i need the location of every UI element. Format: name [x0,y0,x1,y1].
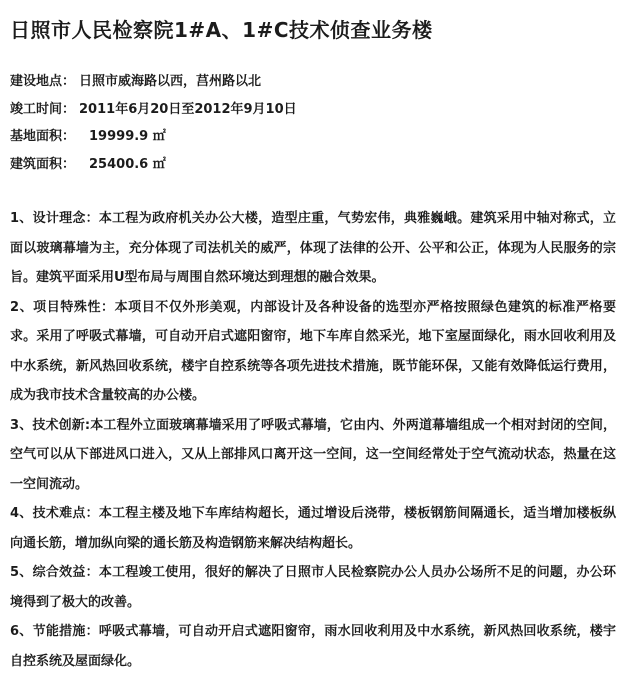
info-row-site-area: 基地面积：19999.9 ㎡ [10,123,616,151]
info-label-location: 建设地点： [10,74,75,89]
info-label-building-area: 建筑面积： [10,157,75,172]
info-value-location: 日照市威海路以西，莒州路以北 [79,74,261,89]
info-value-site-area: 19999.9 ㎡ [89,129,166,144]
info-label-completion-time: 竣工时间： [10,102,75,117]
page-title: 日照市人民检察院1#A、1#C技术侦查业务楼 [10,19,616,42]
paragraph-project-specialty: 2、项目特殊性：本项目不仅外形美观，内部设计及各种设备的选型亦严格按照绿色建筑的… [10,293,616,411]
info-row-location: 建设地点：日照市威海路以西，莒州路以北 [10,68,616,96]
description-section: 1、设计理念：本工程为政府机关办公大楼，造型庄重，气势宏伟，典雅巍峨。建筑采用中… [10,204,616,676]
paragraph-design-concept: 1、设计理念：本工程为政府机关办公大楼，造型庄重，气势宏伟，典雅巍峨。建筑采用中… [10,204,616,293]
info-row-building-area: 建筑面积：25400.6 ㎡ [10,151,616,179]
project-info-block: 建设地点：日照市威海路以西，莒州路以北 竣工时间：2011年6月20日至2012… [10,68,616,178]
document-page: 日照市人民检察院1#A、1#C技术侦查业务楼 建设地点：日照市威海路以西，莒州路… [0,0,626,683]
info-label-site-area: 基地面积： [10,129,75,144]
info-value-completion-time: 2011年6月20日至2012年9月10日 [79,102,297,117]
paragraph-comprehensive-benefit: 5、综合效益：本工程竣工使用，很好的解决了日照市人民检察院办公人员办公场所不足的… [10,558,616,617]
info-value-building-area: 25400.6 ㎡ [89,157,166,172]
info-row-completion-time: 竣工时间：2011年6月20日至2012年9月10日 [10,96,616,124]
paragraph-energy-saving-measures: 6、节能措施：呼吸式幕墙，可自动开启式遮阳窗帘，雨水回收利用及中水系统，新风热回… [10,617,616,676]
paragraph-technical-innovation: 3、技术创新:本工程外立面玻璃幕墙采用了呼吸式幕墙，它由内、外两道幕墙组成一个相… [10,411,616,500]
paragraph-technical-difficulty: 4、技术难点：本工程主楼及地下车库结构超长，通过增设后浇带，楼板钢筋间隔通长，适… [10,499,616,558]
